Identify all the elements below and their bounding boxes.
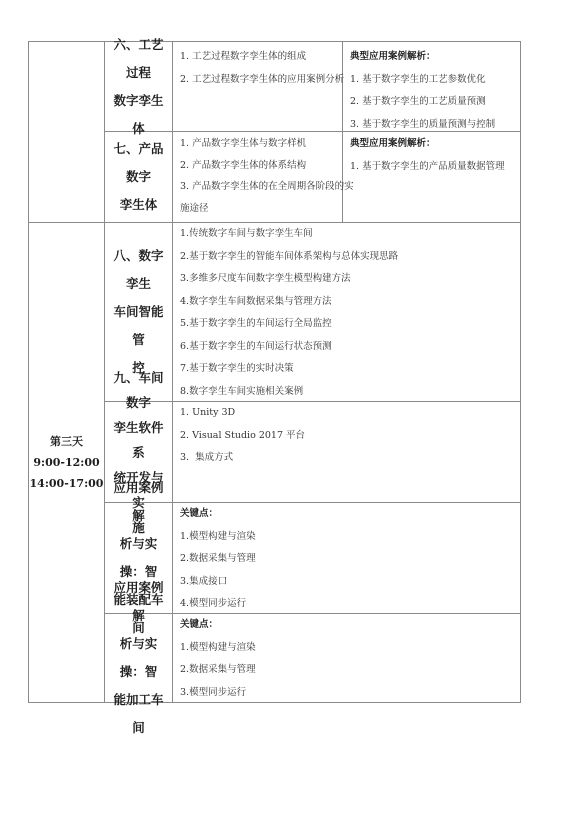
topic-machining-workshop-case: 应用案例解 析与实操：智 能加工车间 [105,614,172,702]
list-item: 1. Unity 3D [180,402,514,425]
content-assembly-workshop-case: 关键点： 1.模型构建与渲染 2.数据采集与管理 3.集成接口 4.模型同步运行 [173,503,520,613]
list-item: 7.基于数字孪生的实时决策 [180,358,514,381]
cases-process-digital-twin: 典型应用案例解析： 1. 基于数字孪生的工艺参数优化 2. 基于数字孪生的工艺质… [343,42,520,131]
key-points-heading: 关键点： [180,503,514,526]
topic-line: 九、车间数字 [109,365,168,415]
list-item: 1. 产品数字孪生体与数字样机 [180,133,336,155]
content-workshop-intelligent-control: 1.传统数字车间与数字孪生车间 2.基于数字孪生的智能车间体系架构与总体实现思路… [173,223,520,401]
list-item: 3.模型同步运行 [180,682,514,705]
list-item: 5.基于数字孪生的车间运行全局监控 [180,313,514,336]
day-three-cell: 第三天 9:00-12:00 14:00-17:00 [29,223,104,702]
list-item: 4.模型同步运行 [180,593,514,616]
content-process-digital-twin: 1. 工艺过程数字孪生体的组成 2. 工艺过程数字孪生体的应用案例分析 [173,42,342,131]
list-item: 1. 基于数字孪生的产品质量数据管理 [350,156,514,179]
key-points-heading: 关键点： [180,614,514,637]
list-item: 2. Visual Studio 2017 平台 [180,425,514,448]
topic-line: 析与实操：智 [109,630,168,686]
topic-line: 孪生软件系 [109,415,168,465]
topic-line: 八、数字孪生 [109,242,168,298]
list-item: 1. 基于数字孪生的工艺参数优化 [350,69,514,92]
list-item: 3. 产品数字孪生体的在全周期各阶段的实 [180,176,336,198]
list-item: 3. 集成方式 [180,447,514,470]
day-label: 第三天 [50,431,83,452]
time-afternoon: 14:00-17:00 [30,473,104,494]
topic-line: 应用案例解 [109,474,168,530]
list-item: 施途径 [180,198,336,220]
list-item: 8.数字孪生车间实施相关案例 [180,381,514,404]
cases-product-digital-twin: 典型应用案例解析： 1. 基于数字孪生的产品质量数据管理 [343,132,520,222]
list-item: 2. 基于数字孪生的工艺质量预测 [350,91,514,114]
list-item: 1.模型构建与渲染 [180,526,514,549]
list-item: 4.数字孪生车间数据采集与管理方法 [180,291,514,314]
cases-heading: 典型应用案例解析： [350,46,514,69]
list-item: 6.基于数字孪生的车间运行状态预测 [180,336,514,359]
list-item: 2. 产品数字孪生体的体系结构 [180,155,336,177]
topic-line: 车间智能管 [109,298,168,354]
list-item: 2. 工艺过程数字孪生体的应用案例分析 [180,69,336,92]
topic-line: 七、产品数字 [109,135,168,191]
topic-line: 六、工艺过程 [109,31,168,87]
topic-line: 应用案例解 [109,574,168,630]
list-item: 3.多维多尺度车间数字孪生模型构建方法 [180,268,514,291]
list-item: 1.模型构建与渲染 [180,637,514,660]
topic-process-digital-twin: 六、工艺过程 数字孪生体 [105,42,172,131]
list-item: 2.基于数字孪生的智能车间体系架构与总体实现思路 [180,246,514,269]
content-product-digital-twin: 1. 产品数字孪生体与数字样机 2. 产品数字孪生体的体系结构 3. 产品数字孪… [173,132,342,222]
content-software-development: 1. Unity 3D 2. Visual Studio 2017 平台 3. … [173,402,520,502]
list-item: 3.集成接口 [180,571,514,594]
list-item: 1.传统数字车间与数字孪生车间 [180,223,514,246]
content-machining-workshop-case: 关键点： 1.模型构建与渲染 2.数据采集与管理 3.模型同步运行 [173,614,520,702]
list-item: 2.数据采集与管理 [180,659,514,682]
list-item: 2.数据采集与管理 [180,548,514,571]
topic-line: 孪生体 [109,191,168,219]
cases-heading: 典型应用案例解析： [350,133,514,156]
topic-line: 能加工车间 [109,686,168,742]
topic-product-digital-twin: 七、产品数字 孪生体 [105,132,172,222]
course-schedule-table: 六、工艺过程 数字孪生体 1. 工艺过程数字孪生体的组成 2. 工艺过程数字孪生… [28,41,521,703]
list-item: 1. 工艺过程数字孪生体的组成 [180,46,336,69]
time-morning: 9:00-12:00 [33,452,99,473]
